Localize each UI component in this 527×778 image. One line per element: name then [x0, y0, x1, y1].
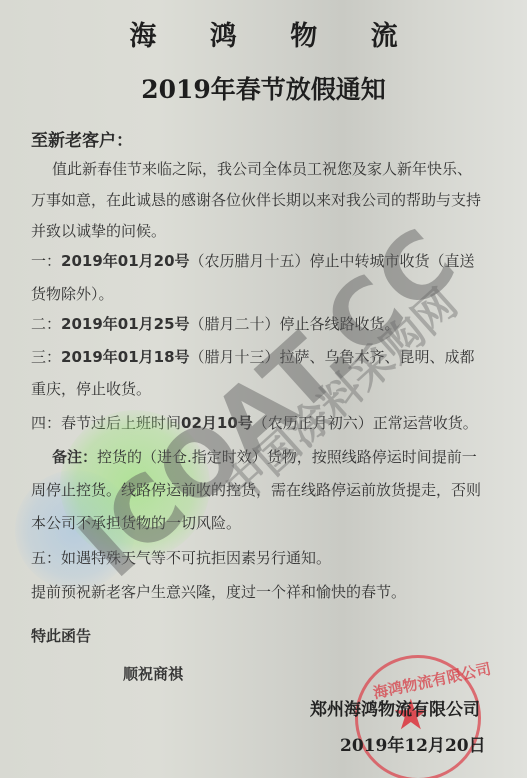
- item-2: 二：2019年01月25号（腊月二十）停止各线路收货。: [31, 313, 400, 334]
- item-3-prefix: 三：: [31, 348, 61, 366]
- regards: 顺祝商祺: [123, 663, 183, 684]
- company-header: 海 鸿 物 流: [0, 14, 527, 53]
- notice-document: 海 鸿 物 流 2019年春节放假通知 至新老客户： 值此新春佳节来临之际，我公…: [0, 0, 527, 778]
- item-2-date: 2019年01月25号: [61, 315, 190, 333]
- item-3-continued: 重庆，停止收货。: [31, 378, 151, 399]
- signature-company: 郑州海鸿物流有限公司: [310, 695, 480, 720]
- item-4-text: （农历正月初六）正常运营收货。: [253, 414, 478, 432]
- notice-end: 特此函告: [31, 625, 91, 646]
- notice-title: 2019年春节放假通知: [0, 70, 527, 106]
- signature-date: 2019年12月20日: [340, 731, 486, 756]
- item-2-prefix: 二：: [31, 315, 61, 333]
- item-1: 一：2019年01月20号（农历腊月十五）停止中转城市收货（直送: [31, 250, 475, 271]
- item-4-date: 02月10号: [181, 414, 253, 432]
- item-1-continued: 货物除外）。: [31, 283, 114, 304]
- note-label: 备注：: [52, 448, 97, 466]
- item-1-date: 2019年01月20号: [61, 252, 190, 270]
- item-3-date: 2019年01月18号: [61, 348, 190, 366]
- intro-line-2: 万事如意，在此诚恳的感谢各位伙伴长期以来对我公司的帮助与支持: [31, 189, 481, 210]
- salutation: 至新老客户：: [31, 126, 133, 151]
- item-1-text: （农历腊月十五）停止中转城市收货（直送: [190, 252, 475, 270]
- item-2-text: （腊月二十）停止各线路收货。: [190, 315, 400, 333]
- intro-line-1: 值此新春佳节来临之际，我公司全体员工祝您及家人新年快乐、: [52, 158, 472, 179]
- item-3: 三：2019年01月18号（腊月十三）拉萨、乌鲁木齐、昆明、成都: [31, 346, 475, 367]
- note-line-1: 备注：控货的（进仓.指定时效）货物，按照线路停运时间提前一: [52, 446, 477, 467]
- note-line-3: 本公司不承担货物的一切风险。: [31, 512, 241, 533]
- item-5: 五：如遇特殊天气等不可抗拒因素另行通知。: [31, 547, 331, 568]
- note-line-2: 周停止控货。线路停运前收的控货，需在线路停运前放货提走，否则: [31, 479, 481, 500]
- intro-line-3: 并致以诚挚的问候。: [31, 220, 166, 241]
- item-4-prefix: 四：: [31, 414, 61, 432]
- item-1-prefix: 一：: [31, 252, 61, 270]
- note-text-1: 控货的（进仓.指定时效）货物，按照线路停运时间提前一: [97, 448, 477, 466]
- item-3-text: （腊月十三）拉萨、乌鲁木齐、昆明、成都: [190, 348, 475, 366]
- closing-wish: 提前预祝新老客户生意兴隆，度过一个祥和愉快的春节。: [31, 581, 406, 602]
